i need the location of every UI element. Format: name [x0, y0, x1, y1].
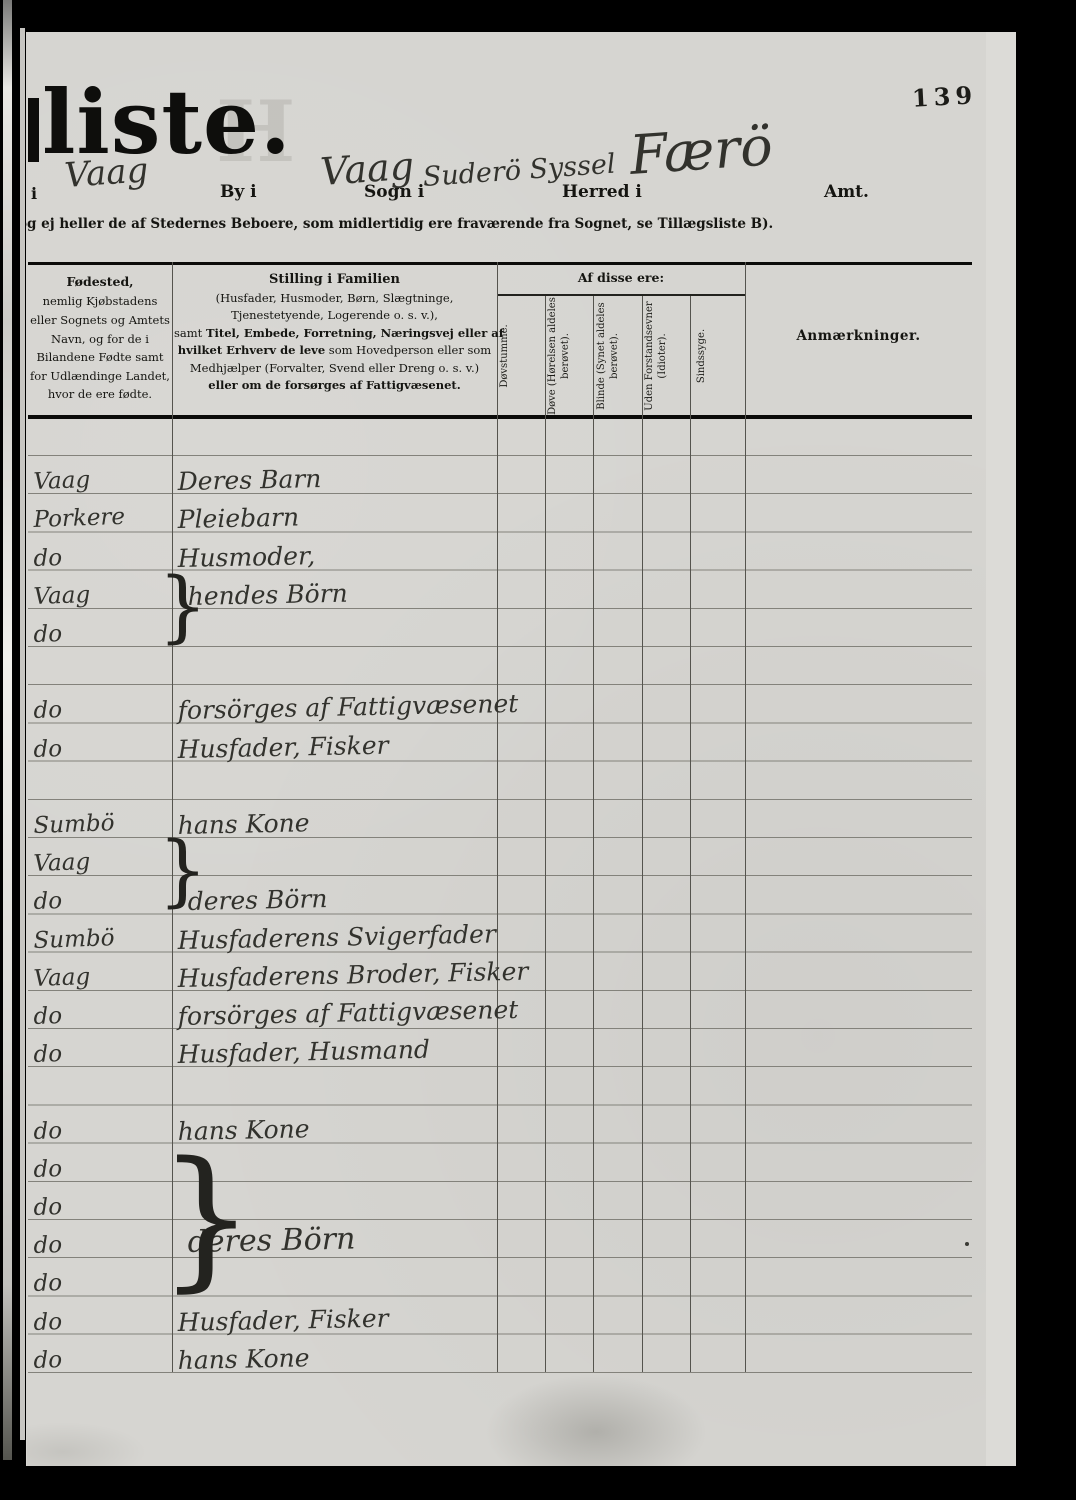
position-header-line: eller om de forsørges af Fattigvæsenet.	[174, 377, 495, 394]
position-entry: Deres Barn	[177, 464, 321, 496]
birthplace-entry: Sumbö	[33, 810, 115, 839]
county-handwritten: Færö	[628, 114, 775, 187]
position-entry: Husfader, Husmand	[177, 1035, 430, 1069]
birthplace-header-line: Bilandene Fødte samt	[30, 348, 170, 367]
page-masthead-title: liste.	[42, 78, 292, 166]
subcolumn-label: Blinde (Synet aldeles berøvet).	[596, 297, 640, 415]
birthplace-entry: do	[33, 1270, 62, 1297]
birthplace-entry: do	[33, 1156, 62, 1183]
position-entry: Husfader, Fisker	[177, 730, 388, 763]
birthplace-entry: Vaag	[33, 467, 91, 495]
position-entry: hendes Börn	[187, 578, 348, 610]
birthplace-header-line: hvor de ere fødte.	[30, 385, 170, 404]
position-entry: Husfader, Fisker	[177, 1303, 388, 1336]
paper-right-margin	[986, 32, 1016, 1466]
table-row: doHusfader, Fisker	[26, 1303, 972, 1335]
position-header-line: Medhjælper (Forvalter, Svend eller Dreng…	[174, 360, 495, 377]
brace-icon: }	[158, 836, 208, 908]
remarks-header: Anmærkninger.	[745, 328, 972, 344]
cut-letter-fragment	[28, 98, 39, 162]
birthplace-entry: do	[33, 545, 62, 572]
herred-label: Herred i	[562, 182, 642, 202]
position-header-line: Tjenestetyende, Logerende o. s. v.),	[174, 307, 495, 324]
group-header: Af disse ere:	[497, 270, 745, 285]
film-edge-strip-inner	[20, 28, 25, 1440]
table-header-rule	[28, 415, 972, 419]
i-label: i	[31, 184, 37, 203]
birthplace-entry: do	[33, 1118, 62, 1145]
table-row: dohans Kone	[26, 1341, 972, 1373]
subcolumn-label: Uden Forstandsevner (Idioter).	[644, 297, 688, 415]
position-header: Stilling i Familien(Husfader, Husmoder, …	[174, 270, 495, 395]
sogn-label: Sogn i	[364, 182, 424, 202]
position-entry: forsörges af Fattigvæsenet	[177, 689, 518, 725]
position-entry: hans Kone	[177, 1343, 309, 1375]
table-row: doforsörges af Fattigvæsenet	[26, 691, 972, 723]
birthplace-entry: Porkere	[33, 504, 125, 533]
table-row: VaagHusfaderens Broder, Fisker	[26, 959, 972, 991]
brace-icon: }	[158, 1148, 255, 1288]
table-top-rule	[28, 262, 972, 265]
table-row: VaagDeres Barn	[26, 462, 972, 494]
smudge	[481, 1372, 711, 1466]
scanned-census-page: H liste. 139 i Vaag By i Vaag Sogn i Sud…	[0, 0, 1076, 1500]
document-paper: H liste. 139 i Vaag By i Vaag Sogn i Sud…	[26, 32, 1016, 1466]
birthplace-entry: do	[33, 736, 62, 763]
birthplace-entry: do	[33, 621, 62, 648]
position-header-line: hvilket Erhverv de leve som Hovedperson …	[174, 342, 495, 359]
brace-icon: }	[158, 572, 208, 644]
birthplace-entry: do	[33, 1347, 62, 1374]
birthplace-entry: do	[33, 697, 62, 724]
position-entry: Husfaderens Broder, Fisker	[177, 956, 528, 992]
group-header-underline	[497, 294, 745, 296]
position-header-line: Stilling i Familien	[174, 270, 495, 290]
smudge	[27, 1422, 147, 1466]
birthplace-entry: Sumbö	[33, 925, 115, 954]
birthplace-entry: do	[33, 1194, 62, 1221]
birthplace-entry: Vaag	[33, 582, 91, 610]
birthplace-header-line: for Udlændinge Landet,	[30, 367, 170, 386]
subcolumn-label: Døvstumme.	[499, 297, 543, 415]
page-number: 139	[911, 80, 978, 112]
birthplace-header-line: eller Sognets og Amtets	[30, 311, 170, 330]
birthplace-header: Fødested,nemlig Kjøbstadenseller Sognets…	[30, 272, 170, 404]
birthplace-entry: do	[33, 1041, 62, 1068]
position-header-line: (Husfader, Husmoder, Børn, Slægtninge,	[174, 290, 495, 307]
film-edge-strip	[3, 0, 12, 1460]
town-handwritten: Vaag	[63, 150, 149, 196]
birthplace-entry: do	[33, 1232, 62, 1259]
birthplace-header-line: nemlig Kjøbstadens	[30, 292, 170, 311]
birthplace-entry: do	[33, 888, 62, 915]
table-row: PorkerePleiebarn	[26, 500, 972, 532]
exclusion-note: og ej heller de af Stedernes Beboere, so…	[26, 216, 773, 232]
table-row: doforsörges af Fattigvæsenet	[26, 997, 972, 1029]
position-entry: forsörges af Fattigvæsenet	[177, 995, 518, 1031]
subcolumn-label: Sindssyge.	[696, 297, 740, 415]
birthplace-entry: do	[33, 1003, 62, 1030]
birthplace-entry: do	[33, 1309, 62, 1336]
table-row: SumböHusfaderens Svigerfader	[26, 921, 972, 953]
ink-speck	[965, 1242, 969, 1246]
birthplace-header-line: Navn, og for de i	[30, 330, 170, 349]
birthplace-entry: Vaag	[33, 964, 91, 992]
position-entry: Pleiebarn	[177, 503, 299, 535]
birthplace-entry: Vaag	[33, 849, 91, 877]
table-row: doHusfader, Husmand	[26, 1035, 972, 1067]
amt-label: Amt.	[824, 182, 869, 202]
position-entry: deres Börn	[187, 884, 327, 916]
birthplace-header-line: Fødested,	[30, 272, 170, 292]
position-header-line: samt Titel, Embede, Forretning, Næringsv…	[174, 325, 495, 342]
position-entry: Husfaderens Svigerfader	[177, 919, 496, 955]
by-label: By i	[220, 182, 257, 202]
subcolumn-label: Døve (Hørelsen aldeles berøvet).	[547, 297, 591, 415]
table-row: doHusfader, Fisker	[26, 730, 972, 762]
